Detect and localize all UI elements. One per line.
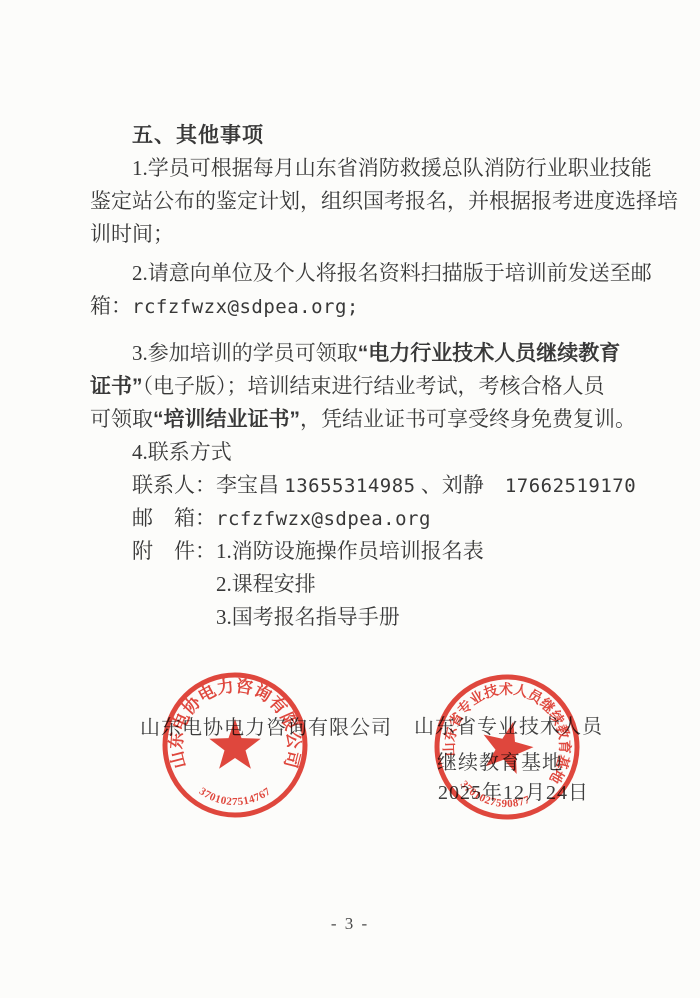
document-body: 五、其他事项 1.学员可根据每月山东省消防救援总队消防行业职业技能 鉴定站公布的… [90, 119, 614, 634]
paragraph-3-text: 3.参加培训的学员可领取 [132, 341, 358, 365]
contact-separator: 、 [416, 473, 442, 497]
paragraph-3-line-2: 证书”（电子版）；培训结束进行结业考试，考核合格人员 [90, 370, 614, 403]
contact-email-value: rcfzfwzx@sdpea.org [216, 508, 431, 530]
seal-star-icon [476, 716, 538, 777]
attachment-item-3: 3.国考报名指导手册 [216, 605, 400, 629]
paragraph-1-line-1: 1.学员可根据每月山东省消防救援总队消防行业职业技能 [90, 152, 614, 185]
contact-person-1-name: 李宝昌 [216, 473, 279, 497]
document-page: 五、其他事项 1.学员可根据每月山东省消防救援总队消防行业职业技能 鉴定站公布的… [0, 0, 700, 998]
paragraph-1-line-2: 鉴定站公布的鉴定计划，组织国考报名，并根据报考进度选择培 [90, 185, 614, 218]
right-organization-seal: 山东省专业技术人员继续教育基地 3701027590877 [427, 667, 587, 827]
certificate-name-bold: “电力行业技术人员继续教育 [358, 342, 621, 365]
attachment-item-2: 2.课程安排 [216, 572, 316, 596]
paragraph-3-text: ，凭结业证书可享受终身免费复训。 [300, 407, 636, 431]
contact-email-label: 邮 箱： [132, 506, 216, 530]
attachment-line-3: 3.国考报名指导手册 [90, 601, 614, 634]
contact-person-label: 联系人： [132, 473, 216, 497]
seal-serial-number: 3701027590877 [455, 777, 535, 817]
contact-section: 4.联系方式 联系人：李宝昌 13655314985 、刘静 176625191… [90, 436, 614, 634]
paragraph-3-line-3: 可领取“培训结业证书”，凭结业证书可享受终身免费复训。 [90, 403, 614, 436]
certificate-name-bold: 证书” [90, 375, 143, 398]
paragraph-3-text: （电子版）；培训结束进行结业考试，考核合格人员 [143, 374, 605, 398]
section-heading: 五、其他事项 [90, 119, 614, 152]
attachment-line-1: 附 件：1.消防设施操作员培训报名表 [90, 535, 614, 568]
seal-star-icon [209, 719, 260, 769]
paragraph-3: 3.参加培训的学员可领取“电力行业技术人员继续教育 证书”（电子版）；培训结束进… [90, 337, 614, 436]
paragraph-2-line-2: 箱：rcfzfwzx@sdpea.org; [90, 290, 614, 323]
paragraph-1-line-3: 训时间； [90, 218, 614, 251]
attachment-item-1: 1.消防设施操作员培训报名表 [216, 539, 484, 563]
contact-person-line: 联系人：李宝昌 13655314985 、刘静 17662519170 [90, 469, 614, 502]
paragraph-1: 1.学员可根据每月山东省消防救援总队消防行业职业技能 鉴定站公布的鉴定计划，组织… [90, 152, 614, 251]
left-company-seal: 山东电协电力咨询有限公司 3701027514767 [155, 665, 315, 825]
contact-person-2-name: 刘静 [442, 473, 484, 497]
contact-heading: 4.联系方式 [90, 436, 614, 469]
paragraph-3-line-1: 3.参加培训的学员可领取“电力行业技术人员继续教育 [90, 337, 614, 370]
contact-person-2-phone: 17662519170 [505, 475, 636, 497]
seal-serial-number: 3701027514767 [197, 785, 273, 808]
contact-email-line: 邮 箱：rcfzfwzx@sdpea.org [90, 502, 614, 535]
paragraph-3-text: 可领取 [90, 407, 153, 431]
email-address: rcfzfwzx@sdpea.org; [132, 296, 359, 318]
completion-certificate-bold: “培训结业证书” [153, 408, 300, 431]
contact-person-1-phone: 13655314985 [284, 475, 415, 497]
paragraph-2: 2.请意向单位及个人将报名资料扫描版于培训前发送至邮 箱：rcfzfwzx@sd… [90, 257, 614, 323]
mailbox-label: 箱： [90, 294, 132, 318]
paragraph-2-line-1: 2.请意向单位及个人将报名资料扫描版于培训前发送至邮 [90, 257, 614, 290]
page-number: - 3 - [0, 914, 700, 934]
attachment-label: 附 件： [132, 539, 216, 563]
attachment-line-2: 2.课程安排 [90, 568, 614, 601]
